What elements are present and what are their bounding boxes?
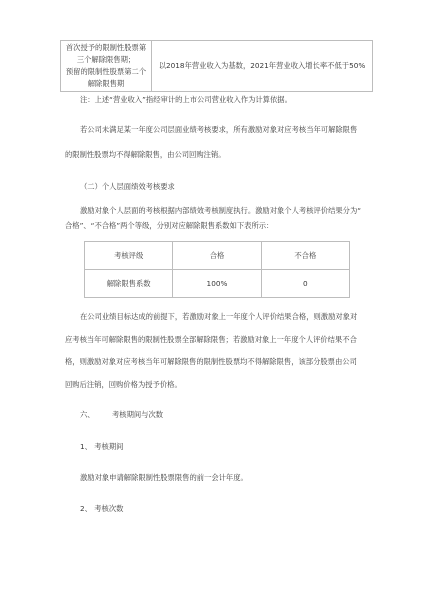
period-line: 首次授予的限制性股票第 [61,42,151,54]
table-cell: 100% [173,270,261,298]
note-text: 注：上述“营业收入”指经审计的上市公司营业收入作为计算依据。 [80,95,292,105]
table-row: 解除限售系数 100% 0 [85,270,350,298]
section-title: 考核期间与次数 [112,410,163,420]
paragraph-line: 在公司业绩目标达成的前提下，若激励对象上一年度个人评价结果合格，则激励对象对 [80,312,357,322]
rating-table: 考核评级 合格 不合格 解除限售系数 100% 0 [84,241,350,298]
table-cell: 解除限售系数 [85,270,173,298]
paragraph-line: 的限制性股票均不得解除限售，由公司回购注销。 [65,150,226,160]
header-cell: 合格 [173,242,261,270]
section-number: 六、 [80,410,95,420]
paragraph-line: 激励对象个人层面的考核根据内部绩效考核制度执行。激励对象个人考核评价结果分为“ [80,206,361,216]
period-line: 解除限售期 [61,78,151,90]
period-cell: 首次授予的限制性股票第 三个解除限售期； 预留的限制性股票第二个 解除限售期 [61,41,152,92]
paragraph-line: 应考核当年可解除限售的限制性股票全部解除限售；若激励对象上一年度个人评价结果不合 [65,335,357,345]
period-line: 三个解除限售期； [61,54,151,66]
paragraph-line: 合格”、“不合格”两个等级，分别对应解除限售系数如下表所示： [65,221,273,231]
header-cell: 不合格 [261,242,349,270]
table-header-row: 考核评级 合格 不合格 [85,242,350,270]
paragraph-line: 若公司未满足某一年度公司层面业绩考核要求，所有激励对象对应考核当年可解除限售 [80,125,357,135]
target-cell: 以2018年营业收入为基数，2021年营业收入增长率不低于50% [152,41,373,92]
item-body: 激励对象申请解除限制性股票限售的前一会计年度。 [80,473,248,483]
paragraph-line: 回购后注销，回购价格为授予价格。 [65,380,182,390]
period-line: 预留的限制性股票第二个 [61,66,151,78]
header-cell: 考核评级 [85,242,173,270]
performance-target-table: 首次授予的限制性股票第 三个解除限售期； 预留的限制性股票第二个 解除限售期 以… [60,40,373,92]
item-heading: 2、 考核次数 [80,504,123,514]
item-heading: 1、 考核期间 [80,442,123,452]
table-cell: 0 [261,270,349,298]
section-heading: （二）个人层面绩效考核要求 [80,182,175,192]
paragraph-line: 格，则激励对象对应考核当年可解除限售的限制性股票均不得解除限售，该部分股票由公司 [65,357,357,367]
